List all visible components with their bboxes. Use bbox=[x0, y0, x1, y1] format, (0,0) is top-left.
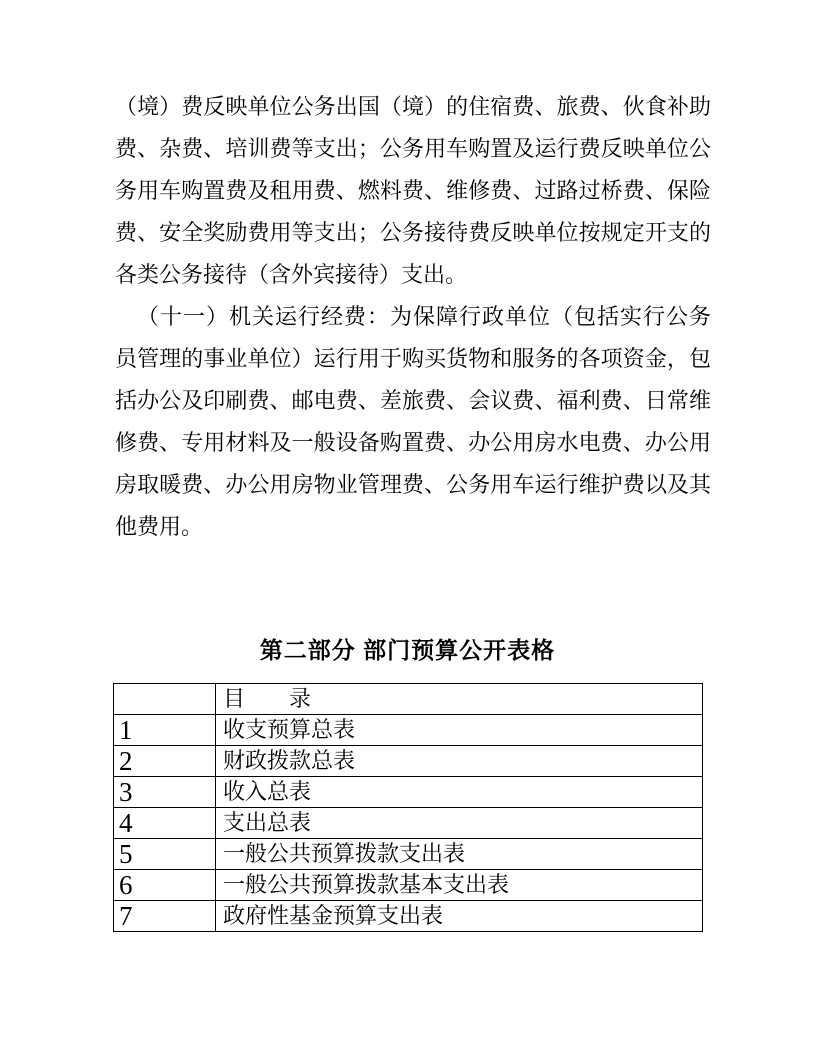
text-line: 各类公务接待（含外宾接待）支出。 bbox=[115, 254, 711, 296]
toc-row-number: 5 bbox=[114, 839, 216, 870]
toc-row-number: 6 bbox=[114, 870, 216, 901]
document-page: （境）费反映单位公务出国（境）的住宿费、旅费、伙食补助 费、杂费、培训费等支出；… bbox=[0, 0, 815, 1055]
table-row: 4 支出总表 bbox=[114, 808, 703, 839]
body-text: （境）费反映单位公务出国（境）的住宿费、旅费、伙食补助 费、杂费、培训费等支出；… bbox=[115, 86, 711, 548]
toc-row-title: 一般公共预算拨款支出表 bbox=[216, 839, 703, 870]
text-line: 员管理的事业单位）运行用于购买货物和服务的各项资金，包 bbox=[115, 338, 711, 380]
toc-row-number: 2 bbox=[114, 746, 216, 777]
text-line: 费、杂费、培训费等支出；公务用车购置及运行费反映单位公 bbox=[115, 128, 711, 170]
toc-row-title: 政府性基金预算支出表 bbox=[216, 901, 703, 932]
paragraph-travel-expenses: （境）费反映单位公务出国（境）的住宿费、旅费、伙食补助 费、杂费、培训费等支出；… bbox=[115, 86, 711, 296]
toc-row-title: 财政拨款总表 bbox=[216, 746, 703, 777]
paragraph-operating-funds: （十一）机关运行经费：为保障行政单位（包括实行公务 员管理的事业单位）运行用于购… bbox=[115, 296, 711, 548]
toc-row-number: 1 bbox=[114, 715, 216, 746]
table-row: 3 收入总表 bbox=[114, 777, 703, 808]
toc-row-title: 收入总表 bbox=[216, 777, 703, 808]
toc-header-row: 目 录 bbox=[114, 684, 703, 715]
text-line: 房取暖费、办公用房物业管理费、公务用车运行维护费以及其 bbox=[115, 464, 711, 506]
table-row: 5 一般公共预算拨款支出表 bbox=[114, 839, 703, 870]
toc-row-number: 3 bbox=[114, 777, 216, 808]
text-line: 费、安全奖励费用等支出；公务接待费反映单位按规定开支的 bbox=[115, 212, 711, 254]
table-row: 6 一般公共预算拨款基本支出表 bbox=[114, 870, 703, 901]
table-row: 2 财政拨款总表 bbox=[114, 746, 703, 777]
toc-row-title: 一般公共预算拨款基本支出表 bbox=[216, 870, 703, 901]
toc-header-label: 目 录 bbox=[216, 684, 703, 715]
toc-table: 目 录 1 收支预算总表 2 财政拨款总表 3 收入总表 4 支出总表 5 一般… bbox=[113, 683, 703, 932]
text-line: 务用车购置费及租用费、燃料费、维修费、过路过桥费、保险 bbox=[115, 170, 711, 212]
toc-row-title: 收支预算总表 bbox=[216, 715, 703, 746]
toc-row-number: 7 bbox=[114, 901, 216, 932]
text-line: （十一）机关运行经费：为保障行政单位（包括实行公务 bbox=[115, 296, 711, 338]
toc-row-number: 4 bbox=[114, 808, 216, 839]
text-line: 括办公及印刷费、邮电费、差旅费、会议费、福利费、日常维 bbox=[115, 380, 711, 422]
text-line: 修费、专用材料及一般设备购置费、办公用房水电费、办公用 bbox=[115, 422, 711, 464]
table-row: 1 收支预算总表 bbox=[114, 715, 703, 746]
toc-header-empty-cell bbox=[114, 684, 216, 715]
toc-row-title: 支出总表 bbox=[216, 808, 703, 839]
text-line: （境）费反映单位公务出国（境）的住宿费、旅费、伙食补助 bbox=[115, 86, 711, 128]
text-line: 他费用。 bbox=[115, 506, 711, 548]
table-row: 7 政府性基金预算支出表 bbox=[114, 901, 703, 932]
section-heading: 第二部分 部门预算公开表格 bbox=[0, 634, 815, 666]
